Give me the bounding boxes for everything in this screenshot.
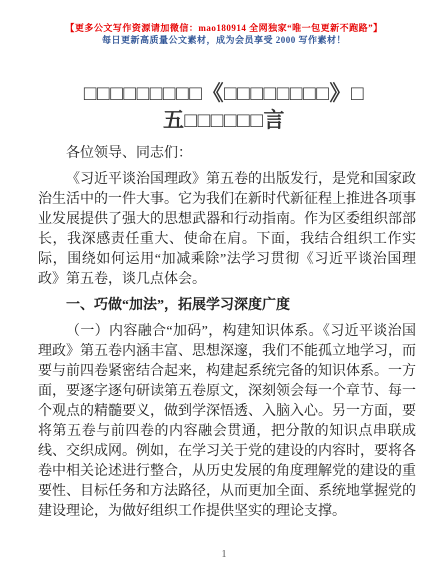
body-paragraphs: 各位领导、同志们：《习近平谈治国理政》第五卷的出版发行，是党和国家政治生活中的一… [38, 144, 416, 522]
body-paragraph: 《习近平谈治国理政》第五卷的出版发行，是党和国家政治生活中的一件大事。它为我们在… [38, 170, 416, 290]
section-heading: 一、巧做“加法”，拓展学习深度广度 [38, 296, 416, 316]
page-number: 1 [0, 549, 448, 560]
document-title-line-1: □□□□□□□□□《□□□□□□□□》□ [0, 80, 448, 107]
promo-line-2: 每日更新高质量公文素材，成为会员享受 2000 写作素材！ [0, 34, 448, 46]
document-page: 【更多公文写作资源请加微信：mao180914 全网独家“唯一包更新不跑路”】 … [0, 0, 448, 580]
salutation-paragraph: 各位领导、同志们： [38, 144, 416, 164]
promo-header: 【更多公文写作资源请加微信：mao180914 全网独家“唯一包更新不跑路”】 … [0, 0, 448, 46]
promo-line-1: 【更多公文写作资源请加微信：mao180914 全网独家“唯一包更新不跑路”】 [0, 22, 448, 34]
document-title: □□□□□□□□□《□□□□□□□□》□ 五□□□□□□言 [0, 80, 448, 134]
document-title-line-2: 五□□□□□□言 [0, 107, 448, 134]
body-paragraph: （一）内容融合“加码”，构建知识体系。《习近平谈治国理政》第五卷内涵丰富、思想深… [38, 322, 416, 522]
